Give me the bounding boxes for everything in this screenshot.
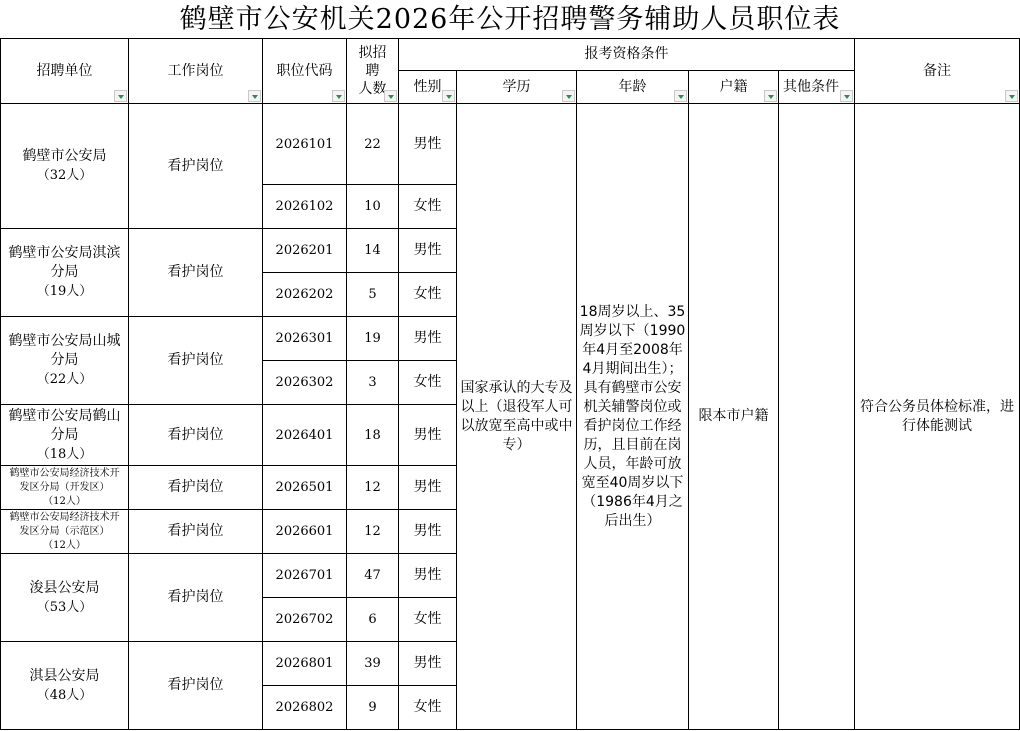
code-cell: 2026801 [263,642,347,686]
count-cell: 12 [347,510,399,554]
count-cell: 39 [347,642,399,686]
count-cell: 10 [347,185,399,229]
table-row: 鹤壁市公安局（32人） 看护岗位 2026101 22 男性 国家承认的大专及以… [1,104,1020,185]
count-cell: 14 [347,229,399,273]
page-title: 鹤壁市公安机关2026年公开招聘警务辅助人员职位表 [0,0,1020,38]
post-cell: 看护岗位 [129,466,263,510]
code-cell: 2026501 [263,466,347,510]
unit-cell: 鹤壁市公安局（32人） [1,104,129,229]
header-remarks: 备注 [855,39,1020,104]
code-cell: 2026101 [263,104,347,185]
other-cell [779,104,855,730]
remarks-cell: 符合公务员体检标准，进行体能测试 [855,104,1020,730]
filter-dropdown-icon[interactable] [1005,90,1018,102]
header-education: 学历 [457,71,577,104]
filter-dropdown-icon[interactable] [114,90,127,102]
count-cell: 6 [347,598,399,642]
filter-dropdown-icon[interactable] [674,90,687,102]
code-cell: 2026702 [263,598,347,642]
code-cell: 2026301 [263,317,347,361]
post-cell: 看护岗位 [129,554,263,642]
post-cell: 看护岗位 [129,229,263,317]
gender-cell: 男性 [399,405,457,466]
filter-dropdown-icon[interactable] [248,90,261,102]
count-cell: 22 [347,104,399,185]
code-cell: 2026302 [263,361,347,405]
header-qualifications: 报考资格条件 [399,39,855,71]
unit-cell: 鹤壁市公安局经济技术开发区分局（示范区）（12人） [1,510,129,554]
post-cell: 看护岗位 [129,104,263,229]
gender-cell: 女性 [399,361,457,405]
header-post: 工作岗位 [129,39,263,104]
header-age: 年龄 [577,71,689,104]
count-cell: 12 [347,466,399,510]
count-cell: 47 [347,554,399,598]
post-cell: 看护岗位 [129,317,263,405]
gender-cell: 男性 [399,510,457,554]
filter-dropdown-icon[interactable] [442,90,455,102]
filter-dropdown-icon[interactable] [764,90,777,102]
post-cell: 看护岗位 [129,642,263,730]
count-cell: 3 [347,361,399,405]
code-cell: 2026102 [263,185,347,229]
post-cell: 看护岗位 [129,510,263,554]
hukou-cell: 限本市户籍 [689,104,779,730]
header-gender: 性别 [399,71,457,104]
age-cell: 18周岁以上、35周岁以下（1990年4月至2008年4月期间出生）；具有鹤壁市… [577,104,689,730]
gender-cell: 女性 [399,185,457,229]
unit-cell: 鹤壁市公安局淇滨分局（19人） [1,229,129,317]
count-cell: 19 [347,317,399,361]
gender-cell: 男性 [399,229,457,273]
gender-cell: 男性 [399,642,457,686]
code-cell: 2026401 [263,405,347,466]
unit-cell: 淇县公安局（48人） [1,642,129,730]
header-count: 拟招聘人数 [347,39,399,104]
code-cell: 2026202 [263,273,347,317]
gender-cell: 女性 [399,686,457,730]
education-cell: 国家承认的大专及以上（退役军人可以放宽至高中或中专） [457,104,577,730]
header-code: 职位代码 [263,39,347,104]
gender-cell: 男性 [399,466,457,510]
header-other: 其他条件 [779,71,855,104]
gender-cell: 女性 [399,598,457,642]
gender-cell: 男性 [399,104,457,185]
unit-cell: 浚县公安局（53人） [1,554,129,642]
code-cell: 2026802 [263,686,347,730]
header-hukou: 户籍 [689,71,779,104]
gender-cell: 男性 [399,554,457,598]
count-cell: 18 [347,405,399,466]
filter-dropdown-icon[interactable] [384,90,397,102]
code-cell: 2026701 [263,554,347,598]
count-cell: 9 [347,686,399,730]
gender-cell: 男性 [399,317,457,361]
positions-table: 招聘单位 工作岗位 职位代码 拟招聘人数 报考资格条件 备注 性别 学历 年龄 … [0,38,1020,730]
unit-cell: 鹤壁市公安局山城分局（22人） [1,317,129,405]
filter-dropdown-icon[interactable] [840,90,853,102]
count-cell: 5 [347,273,399,317]
unit-cell: 鹤壁市公安局经济技术开发区分局（开发区）（12人） [1,466,129,510]
code-cell: 2026201 [263,229,347,273]
gender-cell: 女性 [399,273,457,317]
header-unit: 招聘单位 [1,39,129,104]
unit-cell: 鹤壁市公安局鹤山分局（18人） [1,405,129,466]
filter-dropdown-icon[interactable] [332,90,345,102]
post-cell: 看护岗位 [129,405,263,466]
filter-dropdown-icon[interactable] [562,90,575,102]
code-cell: 2026601 [263,510,347,554]
